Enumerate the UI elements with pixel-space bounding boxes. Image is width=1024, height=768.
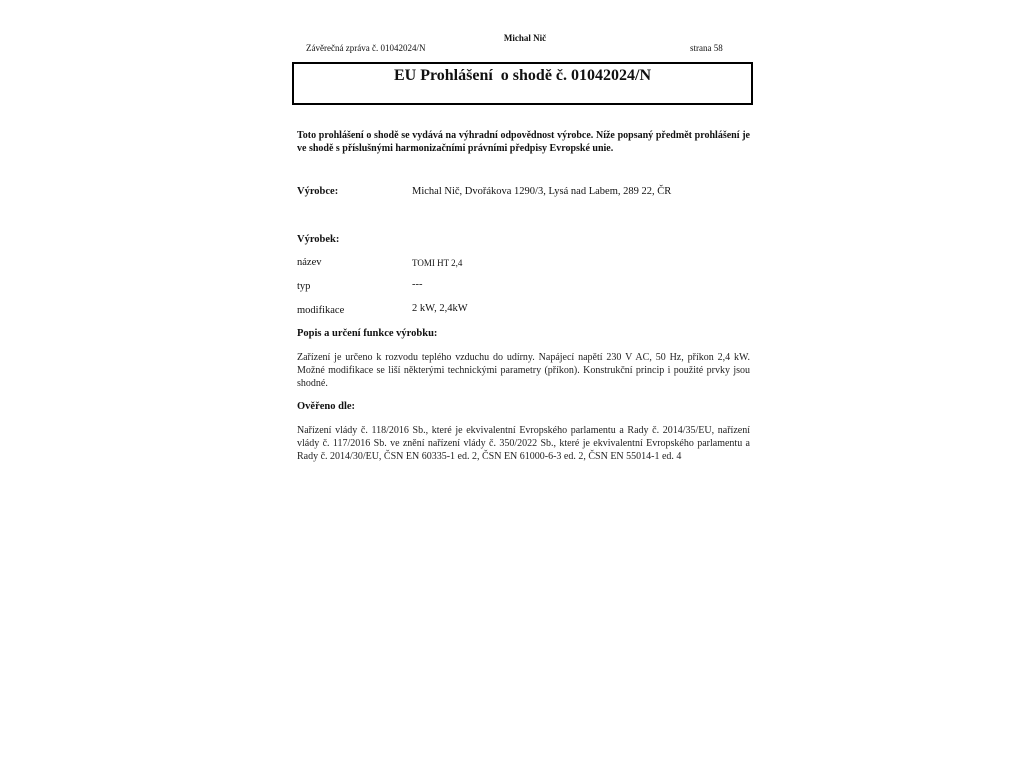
document-title: EU Prohlášení o shodě č. 01042024/N [294,67,751,85]
title-box: EU Prohlášení o shodě č. 01042024/N [292,62,753,105]
manufacturer-label: Výrobce: [297,186,338,197]
description-text: Zařízení je určeno k rozvodu teplého vzd… [297,351,750,390]
document-page: Michal Nič Závěrečná zpráva č. 01042024/… [0,0,1024,768]
product-heading: Výrobek: [297,234,339,245]
product-name-value: TOMI HT 2,4 [412,258,462,268]
product-type-label: typ [297,281,310,292]
verified-heading: Ověřeno dle: [297,401,355,412]
header-report-number: Závěrečná zpráva č. 01042024/N [306,43,425,53]
description-heading: Popis a určení funkce výrobku: [297,328,437,339]
verified-text: Nařízení vlády č. 118/2016 Sb., které je… [297,424,750,463]
intro-statement: Toto prohlášení o shodě se vydává na výh… [297,129,750,155]
header-page-number: strana 58 [690,43,723,53]
product-modification-value: 2 kW, 2,4kW [412,303,468,314]
manufacturer-value: Michal Nič, Dvořákova 1290/3, Lysá nad L… [412,186,671,197]
header-author: Michal Nič [0,33,1024,43]
product-type-value: --- [412,279,423,290]
product-name-label: název [297,257,321,268]
product-modification-label: modifikace [297,305,344,316]
